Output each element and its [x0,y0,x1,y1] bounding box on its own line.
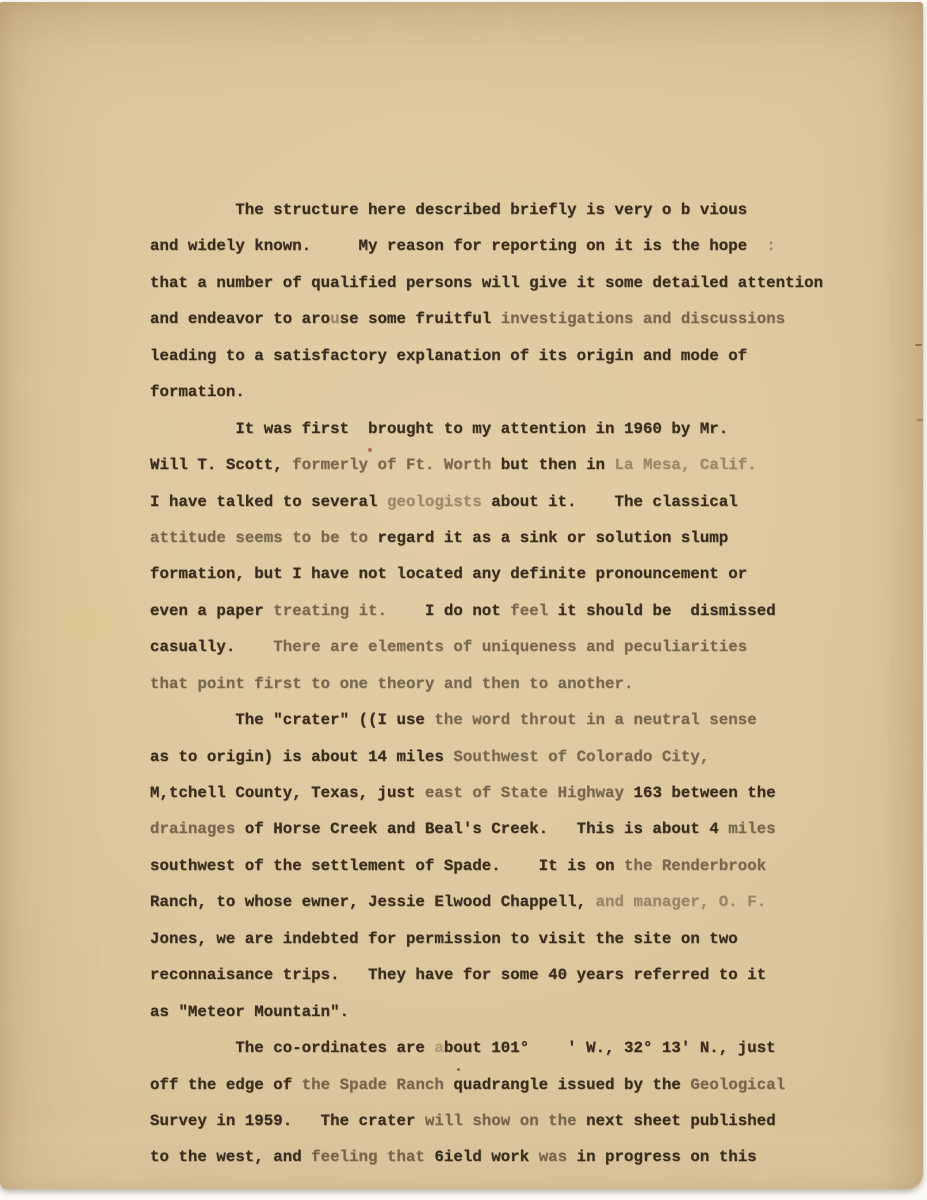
text-line: attitude seems to be to regard it as a s… [150,520,823,556]
text-segment: : [747,237,775,255]
text-segment: regard it as a sink or solution slump [378,529,729,547]
text-line: The co-ordinates are about 101° ' W., 32… [150,1030,823,1066]
text-segment: treating it. [273,602,387,620]
text-segment: Southwest of Colorado City, [453,748,709,766]
text-line: Jones, we are indebted for permission to… [150,921,823,957]
text-segment: of Horse Creek and Beal's Creek. This is… [235,820,728,838]
text-segment: The co-ordinates are [150,1039,434,1057]
text-line: that point first to one theory and then … [150,666,823,702]
text-segment: even a paper [150,602,273,620]
text-segment: quadrangle issued by the [444,1076,690,1094]
text-segment: I have talked to several [150,493,387,511]
text-segment: a [434,1039,443,1057]
text-line: leading to a satisfactory explanation of… [150,338,823,374]
text-line: and endeavor to arouse some fruitful inv… [150,301,823,337]
text-segment: reconnaisance trips. They have for some … [150,966,766,984]
text-segment: Survey in 1959. The crater [150,1112,425,1130]
text-segment: bout 101° ' W., 32° 13' N., just [444,1039,776,1057]
text-segment: next sheet published [577,1112,776,1130]
text-line: and widely known. My reason for reportin… [150,228,823,264]
text-segment: as "Meteor Mountain". [150,1003,349,1021]
text-segment: to the west, and [150,1148,311,1166]
text-segment: Geological [690,1076,785,1094]
text-segment: but then in [501,456,615,474]
text-segment: southwest of the settlement of Spade. It… [150,857,624,875]
text-segment: off the edge of [150,1076,302,1094]
text-segment: Ranch, to whose ewner, Jessie Elwood Cha… [150,893,596,911]
text-line: as to origin) is about 14 miles Southwes… [150,739,823,775]
text-segment: se some fruitful [340,310,501,328]
text-segment: the Renderbrook [624,857,766,875]
text-line: Will T. Scott, formerly of Ft. Worth but… [150,447,823,483]
text-block: The structure here described briefly is … [150,192,823,1176]
text-line: The "crater" ((I use the word throut in … [150,702,823,738]
text-segment: geologists [387,493,482,511]
text-segment: There are elements of uniqueness and pec… [273,638,747,656]
paper-speck [368,448,372,452]
text-segment: 6ield work [425,1148,539,1166]
text-segment: about it. The classical [482,493,738,511]
text-segment: I do not [387,602,510,620]
text-segment: The structure here described briefly is … [150,201,747,219]
text-line: that a number of qualified persons will … [150,265,823,301]
text-segment: The "crater" ((I use [150,711,434,729]
text-segment: 163 between the [624,784,776,802]
text-line: drainages of Horse Creek and Beal's Cree… [150,811,823,847]
text-segment: and widely known. My reason for reportin… [150,237,747,255]
text-segment: attitude seems to be to [150,529,378,547]
text-segment: casually. [150,638,273,656]
paper-edge-nick [915,344,922,346]
text-line: I have talked to several geologists abou… [150,484,823,520]
text-segment: was [539,1148,567,1166]
text-line: casually. There are elements of uniquene… [150,629,823,665]
text-segment: and endeavor to aro [150,310,330,328]
text-segment: that point first to one theory and then … [150,675,633,693]
text-segment: leading to a satisfactory explanation of… [150,347,747,365]
text-segment: east of State Highway [425,784,624,802]
text-segment: that a number of qualified persons will … [150,274,823,292]
text-segment: in progress on this [567,1148,757,1166]
text-segment: Will T. Scott, [150,456,292,474]
text-segment: Jones, we are indebted for permission to… [150,930,738,948]
text-segment: investigations and discussions [501,310,785,328]
text-segment: and manager, O. F. [596,893,767,911]
text-line: off the edge of the Spade Ranch quadrang… [150,1067,823,1103]
text-line: formation. [150,374,823,410]
manuscript-page: The structure here described briefly is … [0,2,923,1189]
text-line: to the west, and feeling that 6ield work… [150,1139,823,1175]
text-line: M,tchell County, Texas, just east of Sta… [150,775,823,811]
text-segment: it should be dismissed [548,602,776,620]
text-segment: It was first brought to my attention in … [150,420,728,438]
text-segment: feeling that [311,1148,425,1166]
text-line: formation, but I have not located any de… [150,556,823,592]
paper-edge-nick [917,419,923,421]
text-segment: M,tchell County, Texas, just [150,784,425,802]
text-line: Ranch, to whose ewner, Jessie Elwood Cha… [150,884,823,920]
text-line: The structure here described briefly is … [150,192,823,228]
text-segment: formerly of Ft. Worth [292,456,501,474]
text-segment: formation. [150,383,245,401]
text-segment: will show on the [425,1112,577,1130]
text-segment: the Spade Ranch [302,1076,444,1094]
text-segment: drainages [150,820,235,838]
text-line: as "Meteor Mountain". [150,994,823,1030]
text-segment: miles [728,820,775,838]
text-segment: u [330,310,339,328]
text-line: reconnaisance trips. They have for some … [150,957,823,993]
text-line: southwest of the settlement of Spade. It… [150,848,823,884]
text-line: Survey in 1959. The crater will show on … [150,1103,823,1139]
text-segment: formation, but I have not located any de… [150,565,747,583]
paper-speck [457,1068,460,1071]
text-segment: feel [510,602,548,620]
text-line: It was first brought to my attention in … [150,411,823,447]
text-line: even a paper treating it. I do not feel … [150,593,823,629]
text-segment: as to origin) is about 14 miles [150,748,453,766]
text-segment: the word throut in a neutral sense [434,711,756,729]
text-segment: La Mesa, Calif. [615,456,757,474]
